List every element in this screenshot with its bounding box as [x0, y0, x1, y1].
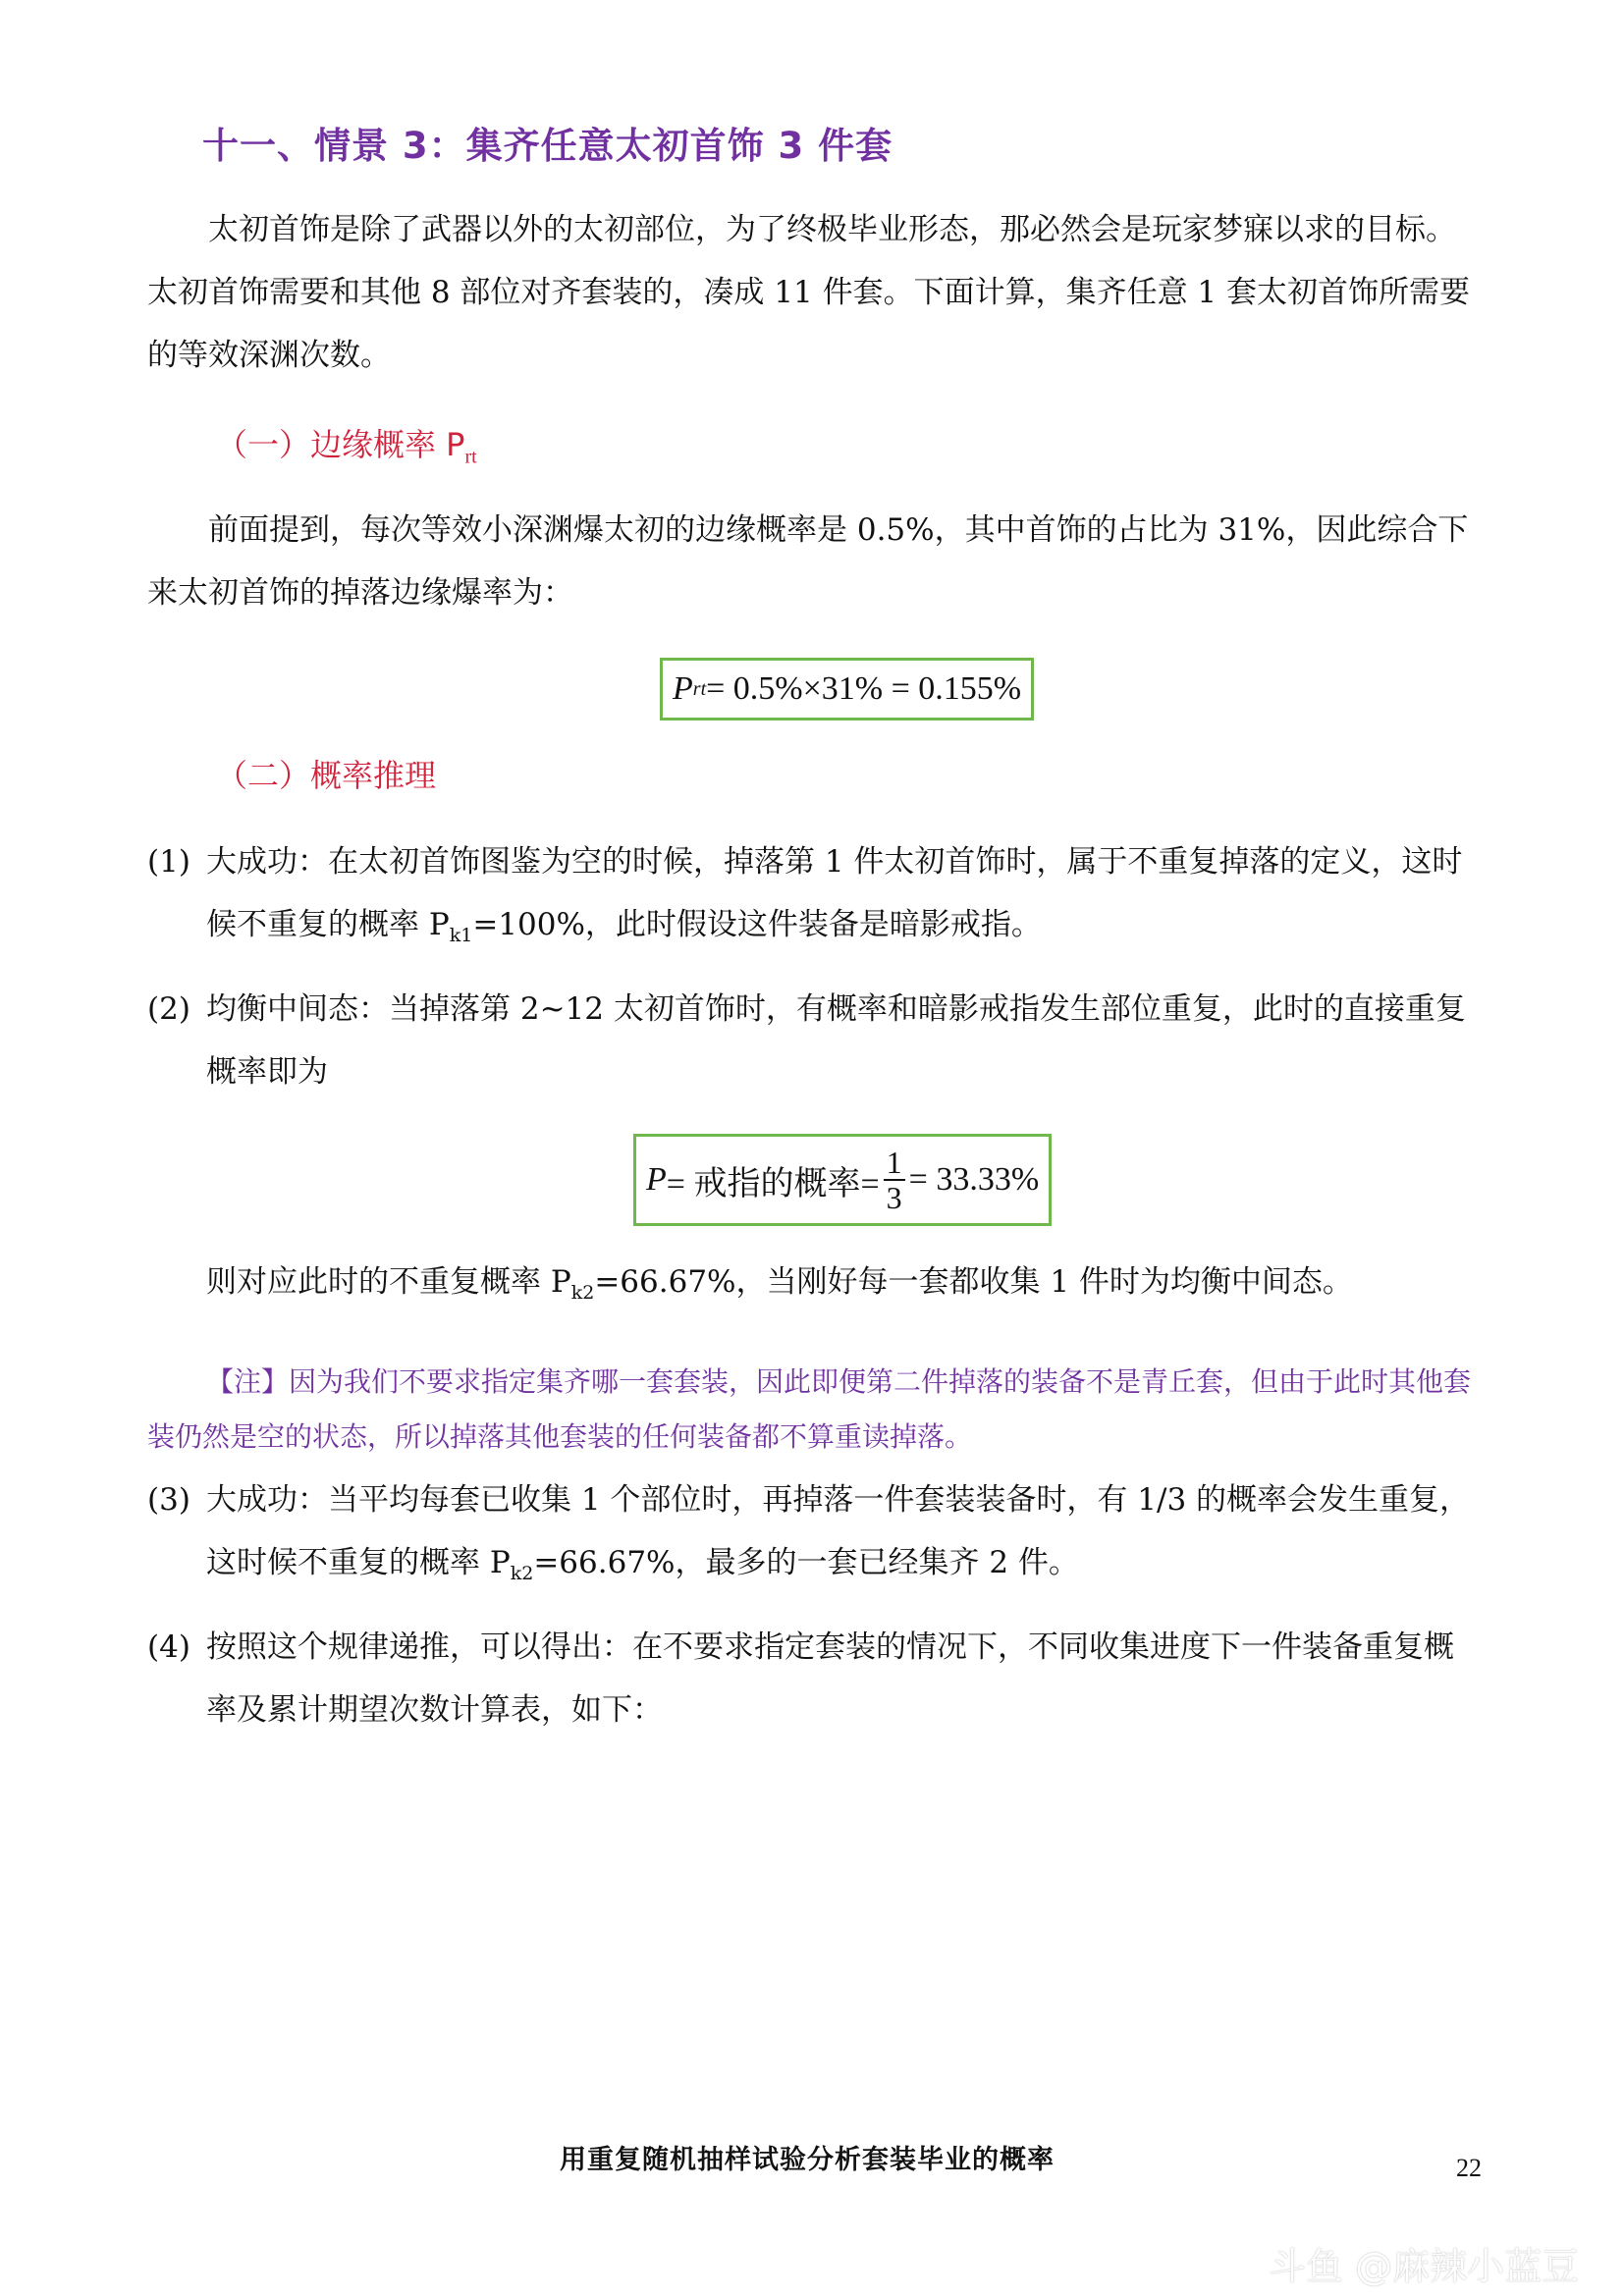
- fraction: 13: [884, 1146, 905, 1214]
- non-repeat-paragraph: 则对应此时的不重复概率 Pk2=66.67%，当刚好每一套都收集 1 件时为均衡…: [206, 1251, 1542, 1324]
- list-item-3: (3) 大成功：当平均每套已收集 1 个部位时，再掉落一件套装装备时，有 1/3…: [147, 1468, 1483, 1605]
- list-item-2: (2) 均衡中间态：当掉落第 2~12 太初首饰时，有概率和暗影戒指发生部位重复…: [147, 978, 1483, 1103]
- watermark: 斗鱼 @麻辣小蓝豆: [1269, 2236, 1579, 2290]
- footer-title: 用重复随机抽样试验分析套装毕业的概率: [560, 2138, 1055, 2176]
- list-item-1: (1) 大成功：在太初首饰图鉴为空的时候，掉落第 1 件太初首饰时，属于不重复掉…: [147, 830, 1483, 967]
- intro-paragraph: 太初首饰是除了武器以外的太初部位，为了终极毕业形态，那必然会是玩家梦寐以求的目标…: [147, 198, 1483, 387]
- subsection-edge-probability: （一）边缘概率 Prt: [216, 420, 477, 468]
- formula-repeat-probability: P = 戒指的概率= 13 = 33.33%: [633, 1134, 1052, 1226]
- section-title: 十一、情景 3：集齐任意太初首饰 3 件套: [202, 116, 893, 169]
- list-item-4: (4) 按照这个规律递推，可以得出：在不要求指定套装的情况下，不同收集进度下一件…: [147, 1616, 1483, 1741]
- document-page: 十一、情景 3：集齐任意太初首饰 3 件套 太初首饰是除了武器以外的太初部位，为…: [0, 0, 1624, 2296]
- edge-probability-paragraph: 前面提到，每次等效小深渊爆太初的边缘概率是 0.5%，其中首饰的占比为 31%，…: [147, 499, 1483, 624]
- subsection-probability-reasoning: （二）概率推理: [216, 751, 436, 796]
- page-number: 22: [1456, 2154, 1482, 2183]
- note-paragraph: 【注】因为我们不要求指定集齐哪一套套装，因此即便第二件掉落的装备不是青丘套，但由…: [147, 1355, 1483, 1465]
- formula-edge-probability: Prt = 0.5%×31% = 0.155%: [660, 658, 1034, 721]
